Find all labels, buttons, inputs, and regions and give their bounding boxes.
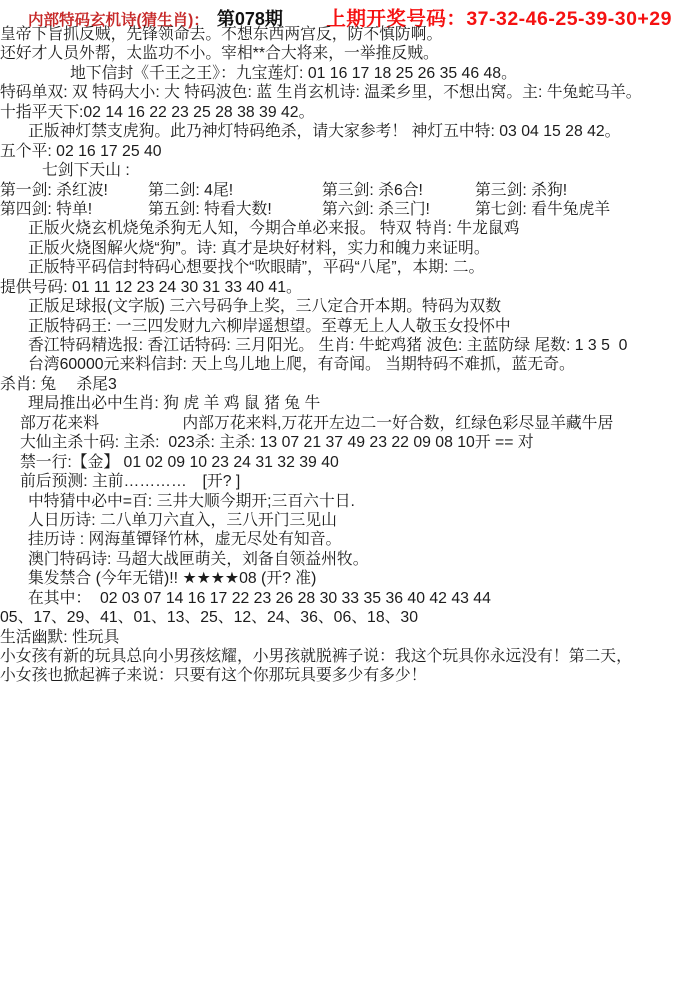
wanhua-line: 部万花来料 内部万花来料,万花开左边二一好合数，红绿色彩尽显羊藏牛居 bbox=[0, 414, 675, 433]
tema-king-line: 正版特码王: 一三四发财九六柳岸遥想望。至尊无上人人敬玉女投怀中 bbox=[0, 317, 675, 336]
taiwan-letter-line: 台湾60000元来料信封: 天上鸟儿地上爬，有奇闻。 当期特码不难抓，蓝无奇。 bbox=[0, 355, 675, 374]
calendar-poem-line: 人日历诗: 二八单刀六直入，三八开门三见山 bbox=[0, 511, 675, 530]
seven-swords-title: 七剑下天山 : bbox=[0, 161, 675, 180]
jifa-stars-line: 集发禁合 (今年无错)!! ★★★★08 (开? 准) bbox=[0, 569, 675, 588]
ban-row-line: 禁一行:【金】 01 02 09 10 23 24 31 32 39 40 bbox=[0, 453, 675, 472]
football-paper-line: 正版足球报(文字版) 三六号码争上奖，三八定合开本期。特码为双数 bbox=[0, 297, 675, 316]
fire-diagram-line: 正版火烧图解火烧“狗”。诗: 真才是块好材料，实力和魄力来证明。 bbox=[0, 239, 675, 258]
mystery-poem-line-2: 还好才人员外帮，太监功不小。宰相**合大将来，一举推反贼。 bbox=[0, 44, 675, 63]
sword-5: 第五剑: 特看大数! bbox=[148, 200, 322, 219]
number-row-line: 05、17、29、41、01、13、25、12、24、36、06、18、30 bbox=[0, 608, 675, 627]
five-flat-line: 五个平: 02 16 17 25 40 bbox=[0, 142, 675, 161]
humor-title-line: 生活幽默: 性玩具 bbox=[0, 628, 675, 647]
sword-4: 第四剑: 特单! bbox=[0, 200, 148, 219]
sword-3: 第三剑: 杀6合! bbox=[322, 181, 475, 200]
swords-row-1: 第一剑: 杀红波! 第二剑: 4尾! 第三剑: 杀6合! 第三剑: 杀狗! bbox=[0, 181, 675, 200]
sword-3b: 第三剑: 杀狗! bbox=[475, 181, 567, 200]
kill-zodiac-line: 杀肖: 兔 杀尾3 bbox=[0, 375, 675, 394]
humor-line-2: 小女孩也掀起裤子来说：只要有这个你那玩具要多少有多少！ bbox=[0, 666, 675, 685]
sword-1: 第一剑: 杀红波! bbox=[0, 181, 148, 200]
wall-calendar-poem-line: 挂历诗 : 网海堇镡铎竹林，虚无尽处有知音。 bbox=[0, 530, 675, 549]
special-flat-letter-line: 正版特平码信封特码心想要找个“吹眼睛”，平码“八尾”，本期: 二。 bbox=[0, 258, 675, 277]
lottery-tip-sheet: 内部特码玄机诗(猜生肖)： 第078期 上期开奖号码：37-32-46-25-3… bbox=[0, 0, 675, 991]
humor-line-1: 小女孩有新的玩具总向小男孩炫耀，小男孩就脱裤子说：我这个玩具你永远没有！第二天， bbox=[0, 647, 675, 666]
ten-fingers-line: 十指平天下:02 14 16 22 23 25 28 38 39 42。 bbox=[0, 103, 675, 122]
macau-poem-line: 澳门特码诗: 马超大战匣萌关，刘备自领益州牧。 bbox=[0, 550, 675, 569]
zhongte-line: 中特猜中必中=百: 三井大顺今期开;三百六十日. bbox=[0, 492, 675, 511]
header-row: 内部特码玄机诗(猜生肖)： 第078期 上期开奖号码：37-32-46-25-3… bbox=[0, 0, 675, 25]
fire-mystery-line: 正版火烧玄机烧兔杀狗无人知，今期合单必来报。 特双 特肖: 牛龙鼠鸡 bbox=[0, 219, 675, 238]
forecast-line: 前后预测: 主前………… [开? ] bbox=[0, 472, 675, 491]
attributes-line: 特码单双: 双 特码大小: 大 特码波色: 蓝 生肖玄机诗: 温柔乡里，不想出窝… bbox=[0, 83, 675, 102]
daxian-kill-line: 大仙主杀十码: 主杀: 023杀: 主杀: 13 07 21 37 49 23 … bbox=[0, 433, 675, 452]
sword-2: 第二剑: 4尾! bbox=[148, 181, 322, 200]
sword-7: 第七剑: 看牛兔虎羊 bbox=[475, 200, 610, 219]
among-them-line: 在其中： 02 03 07 14 16 17 22 23 26 28 30 33… bbox=[0, 589, 675, 608]
sword-6: 第六剑: 杀三门! bbox=[322, 200, 475, 219]
bureau-zodiac-line: 理局推出必中生肖: 狗 虎 羊 鸡 鼠 猪 兔 牛 bbox=[0, 394, 675, 413]
underground-letter-line: 地下信封《千王之王》：九宝莲灯: 01 16 17 18 25 26 35 46… bbox=[0, 64, 675, 83]
numbers-provided-line: 提供号码: 01 11 12 23 24 30 31 33 40 41。 bbox=[0, 278, 675, 297]
swords-row-2: 第四剑: 特单! 第五剑: 特看大数! 第六剑: 杀三门! 第七剑: 看牛兔虎羊 bbox=[0, 200, 675, 219]
magic-lamp-line: 正版神灯禁支虎狗。此乃神灯特码绝杀，请大家参考！ 神灯五中特: 03 04 15… bbox=[0, 122, 675, 141]
xiangjiang-line: 香江特码精选报: 香江话特码: 三月阳光。 生肖: 牛蛇鸡猪 波色: 主蓝防绿 … bbox=[0, 336, 675, 355]
